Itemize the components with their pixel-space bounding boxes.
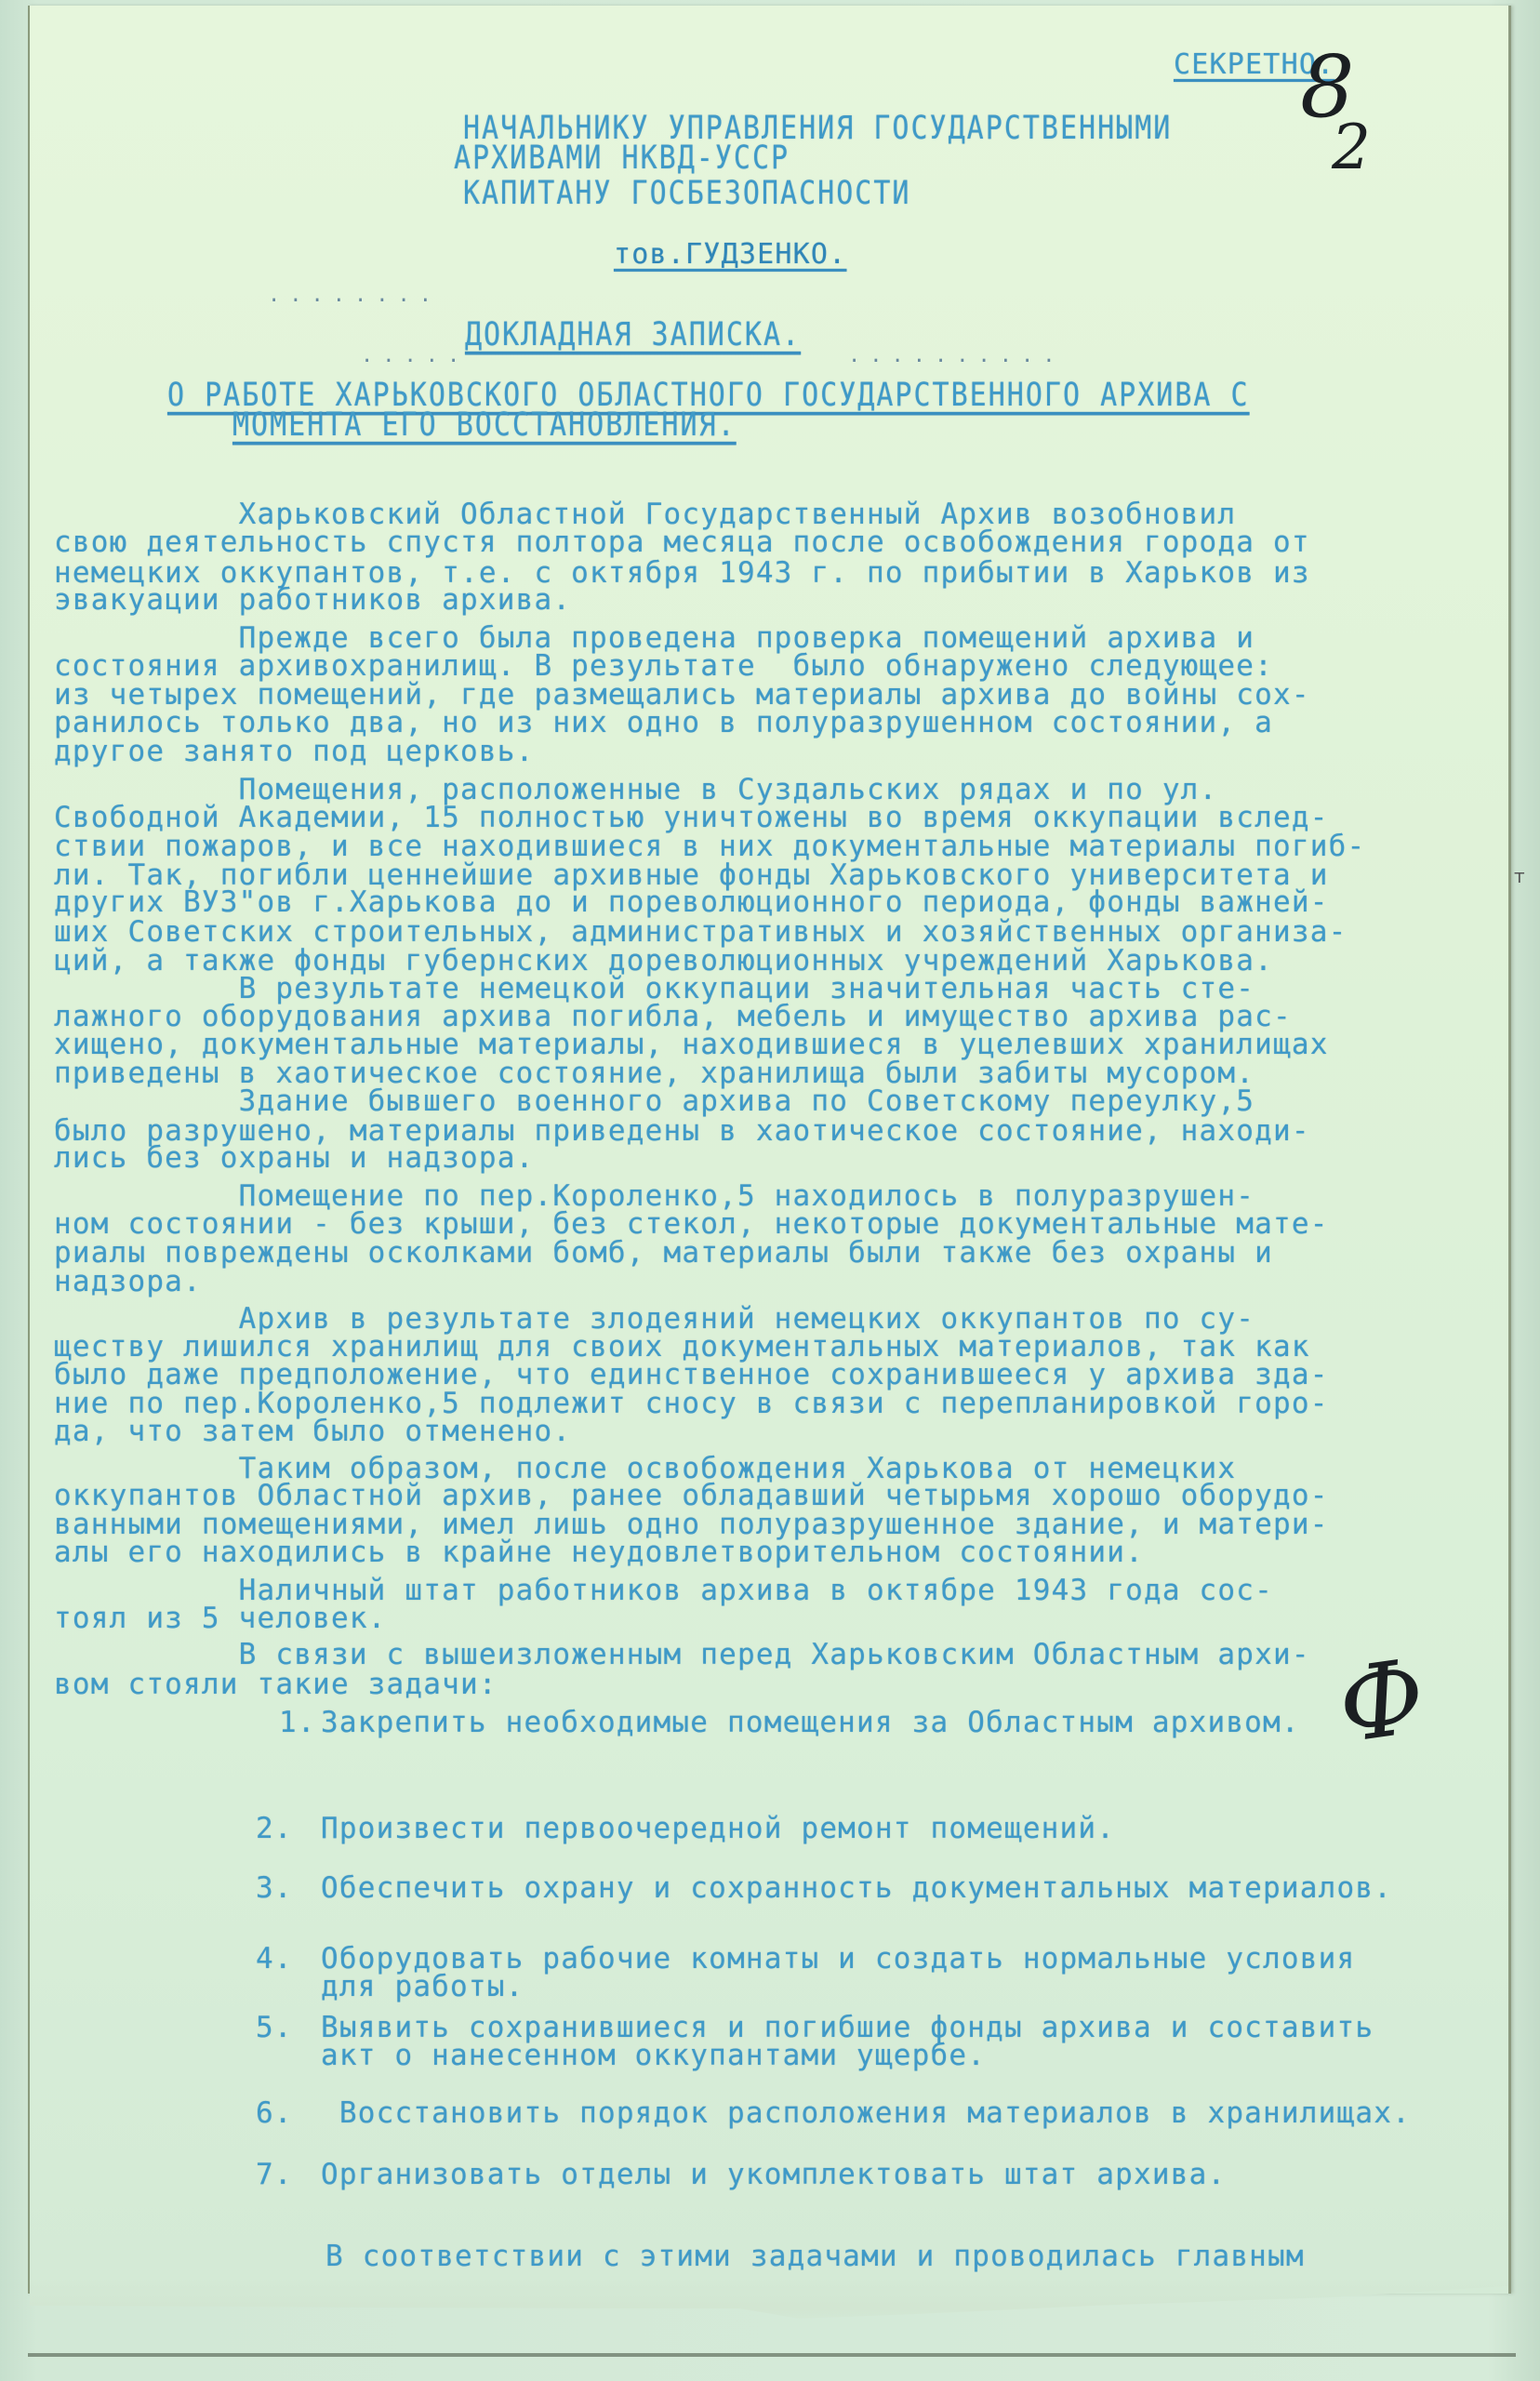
body-line: свою деятельность спустя полтора месяца …: [54, 525, 1310, 559]
separator-dots: ........: [268, 284, 441, 307]
body-line: вом стояли такие задачи:: [54, 1668, 498, 1701]
task-number: 1.: [279, 1706, 316, 1739]
body-line: лись без охраны и надзора.: [54, 1141, 534, 1175]
body-line: тоял из 5 человек.: [54, 1602, 387, 1635]
task-text: Обеспечить охрану и сохранность документ…: [321, 1871, 1392, 1905]
body-line: надзора.: [54, 1265, 202, 1298]
body-line: да, что затем было отменено.: [54, 1415, 571, 1448]
task-text: Произвести первоочередной ремонт помещен…: [321, 1812, 1115, 1845]
body-line: эвакуации работников архива.: [54, 583, 571, 617]
addressee-name: тов.ГУДЗЕНКО.: [614, 238, 846, 271]
body-line: другое занято под церковь.: [54, 735, 534, 768]
separator-dots: ..........: [848, 344, 1064, 367]
addressee-line-3: КАПИТАНУ ГОСБЕЗОПАСНОСТИ: [463, 175, 910, 212]
task-text: Организовать отделы и укомплектовать шта…: [321, 2158, 1226, 2191]
task-text: Восстановить порядок расположения матери…: [321, 2096, 1411, 2130]
task-text: акт о нанесенном оккупантами ущербе.: [321, 2039, 986, 2072]
separator-dots: .....: [361, 344, 469, 367]
task-number: 2.: [256, 1812, 293, 1845]
body-line: алы его находились в крайне неудовлетвор…: [54, 1536, 1144, 1569]
task-text: Закрепить необходимые помещения за Облас…: [321, 1706, 1300, 1739]
document-subject-line-2: МОМЕНТА ЕГО ВОССТАНОВЛЕНИЯ.: [232, 406, 737, 444]
document-title: ДОКЛАДНАЯ ЗАПИСКА.: [465, 316, 801, 353]
addressee-line-2: АРХИВАМИ НКВД-УССР: [454, 140, 790, 177]
margin-signature: Ф: [1332, 1636, 1432, 1765]
task-number: 6.: [256, 2096, 293, 2130]
task-number: 3.: [256, 1871, 293, 1905]
margin-mark: т: [1514, 865, 1525, 887]
body-line: риалы повреждены осколками бомб, материа…: [54, 1236, 1273, 1270]
body-line: других ВУЗ"ов г.Харькова до и пореволюци…: [54, 885, 1329, 919]
task-number: 5.: [256, 2011, 293, 2044]
body-line: Здание бывшего военного архива по Советс…: [54, 1084, 1255, 1118]
handwritten-folio-number: 2: [1332, 112, 1371, 183]
torn-page-edge: [28, 2353, 1516, 2357]
body-line: В связи с вышеизложенным перед Харьковск…: [54, 1638, 1310, 1671]
task-number: 4.: [256, 1942, 293, 1975]
closing-line: В соответствии с этими задачами и провод…: [325, 2240, 1305, 2273]
task-text: для работы.: [321, 1970, 524, 2003]
task-number: 7.: [256, 2158, 293, 2191]
